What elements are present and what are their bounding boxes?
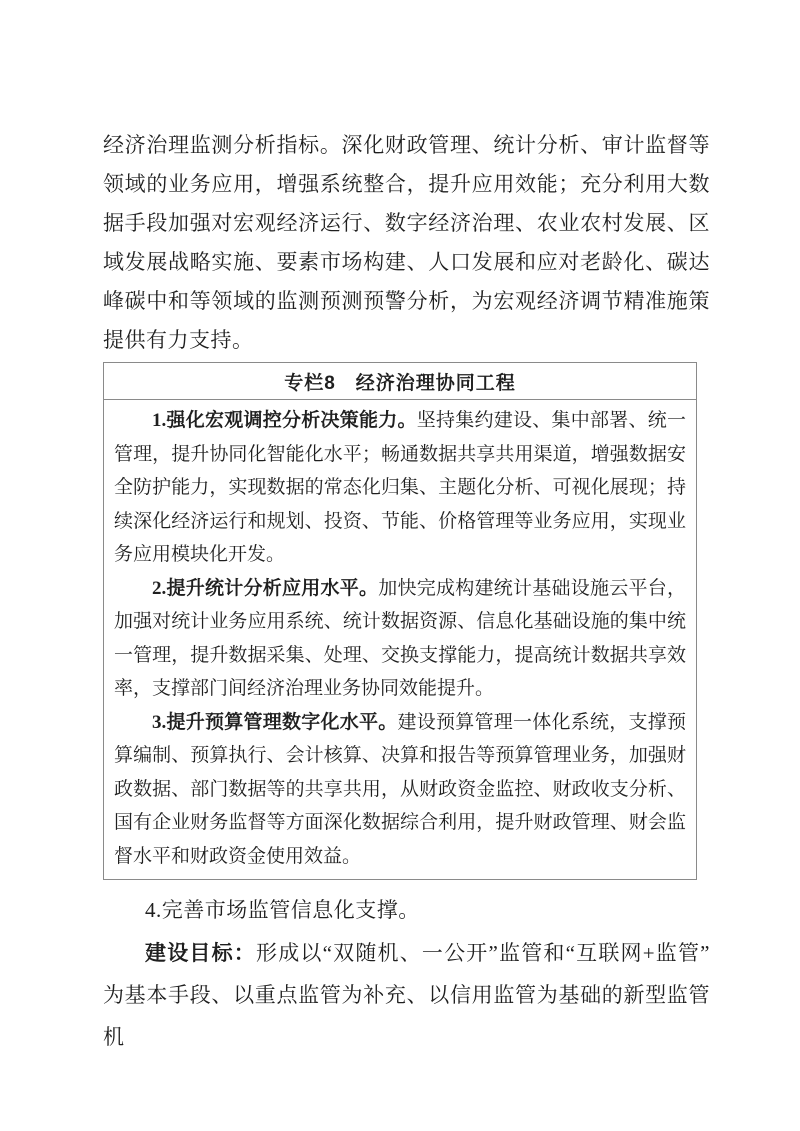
column-box-title: 专栏8 经济治理协同工程 [104,363,696,400]
box-item-2: 2.提升统计分析应用水平。加快完成构建统计基础设施云平台，加强对统计业务应用系统… [114,572,686,706]
document-page: 经济治理监测分析指标。深化财政管理、统计分析、审计监督等领域的业务应用，增强系统… [0,0,800,1131]
intro-paragraph: 经济治理监测分析指标。深化财政管理、统计分析、审计监督等领域的业务应用，增强系统… [103,126,710,360]
item-4-heading: 4.完善市场监管信息化支撑。 [103,889,710,931]
box-item-1-lead: 1.强化宏观调控分析决策能力。 [152,410,417,431]
box-item-1-body: 坚持集约建设、集中部署、统一管理，提升协同化智能化水平；畅通数据共享共用渠道，增… [114,410,686,565]
goal-lead: 建设目标： [145,941,256,965]
box-item-3-lead: 3.提升预算管理数字化水平。 [152,712,398,733]
box-item-3-body: 建设预算管理一体化系统，支撑预算编制、预算执行、会计核算、决算和报告等预算管理业… [114,712,686,867]
box-item-3: 3.提升预算管理数字化水平。建设预算管理一体化系统，支撑预算编制、预算执行、会计… [114,706,686,874]
box-item-1: 1.强化宏观调控分析决策能力。坚持集约建设、集中部署、统一管理，提升协同化智能化… [114,404,686,572]
box-item-2-lead: 2.提升统计分析应用水平。 [152,578,378,599]
column-box-8: 专栏8 经济治理协同工程 1.强化宏观调控分析决策能力。坚持集约建设、集中部署、… [103,362,697,880]
goal-paragraph: 建设目标：形成以“双随机、一公开”监管和“互联网+监管”为基本手段、以重点监管为… [103,932,710,1058]
column-box-content: 1.强化宏观调控分析决策能力。坚持集约建设、集中部署、统一管理，提升协同化智能化… [104,400,696,879]
